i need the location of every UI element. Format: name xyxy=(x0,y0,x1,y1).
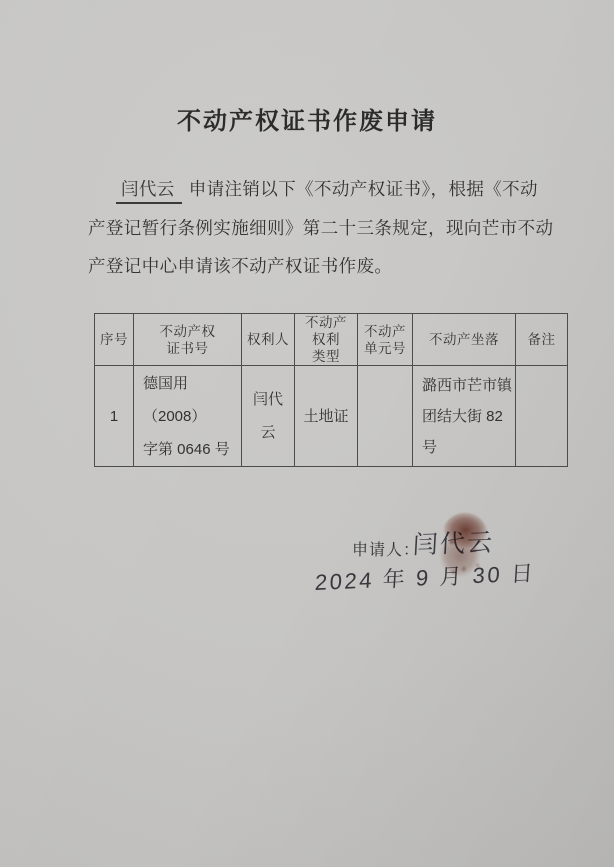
column-header-remark: 备注 xyxy=(516,314,568,366)
certificate-table: 序号 不动产权 证书号 权利人 不动产 权利 类型 不动产 单元号 不动产坐落 … xyxy=(94,313,568,467)
scanned-document-page: 不动产权证书作废申请 闫代云申请注销以下《不动产权证书》，根据《不动 产登记暂行… xyxy=(0,0,614,867)
cell-certificate-no: 德国用（2008） 字第 0646 号 xyxy=(134,366,242,467)
column-header-holder: 权利人 xyxy=(242,314,295,366)
applicant-label: 申请人： xyxy=(352,537,420,560)
cell-remark-empty xyxy=(516,366,568,467)
table-row: 1 德国用（2008） 字第 0646 号 闫代 云 土地证 潞西市芒市镇 团结… xyxy=(95,366,568,467)
signature-date-handwritten: 2024 年 9 月 30 日 xyxy=(314,556,536,597)
cell-seq: 1 xyxy=(95,366,134,467)
cell-right-type: 土地证 xyxy=(295,366,358,467)
statement-line-1-text: 申请注销以下《不动产权证书》，根据《不动 xyxy=(189,179,538,199)
cell-holder: 闫代 云 xyxy=(242,366,295,467)
column-header-location: 不动产坐落 xyxy=(413,314,516,366)
column-header-certificate-no: 不动产权 证书号 xyxy=(134,314,242,366)
applicant-name-underlined: 闫代云 xyxy=(116,176,182,204)
cell-unit-no-empty xyxy=(358,366,413,467)
statement-line-1: 闫代云申请注销以下《不动产权证书》，根据《不动 xyxy=(88,176,568,204)
column-header-seq: 序号 xyxy=(95,314,134,366)
column-header-unit-no: 不动产 单元号 xyxy=(358,314,413,366)
table-header-row: 序号 不动产权 证书号 权利人 不动产 权利 类型 不动产 单元号 不动产坐落 … xyxy=(95,314,568,366)
column-header-right-type: 不动产 权利 类型 xyxy=(295,314,358,366)
document-title: 不动产权证书作废申请 xyxy=(0,101,614,136)
cell-location: 潞西市芒市镇 团结大街 82 号 xyxy=(413,366,516,467)
statement-line-2: 产登记暂行条例实施细则》第二十三条规定，现向芒市不动 xyxy=(88,215,568,240)
statement-line-3: 产登记中心申请该不动产权证书作废。 xyxy=(88,253,568,278)
